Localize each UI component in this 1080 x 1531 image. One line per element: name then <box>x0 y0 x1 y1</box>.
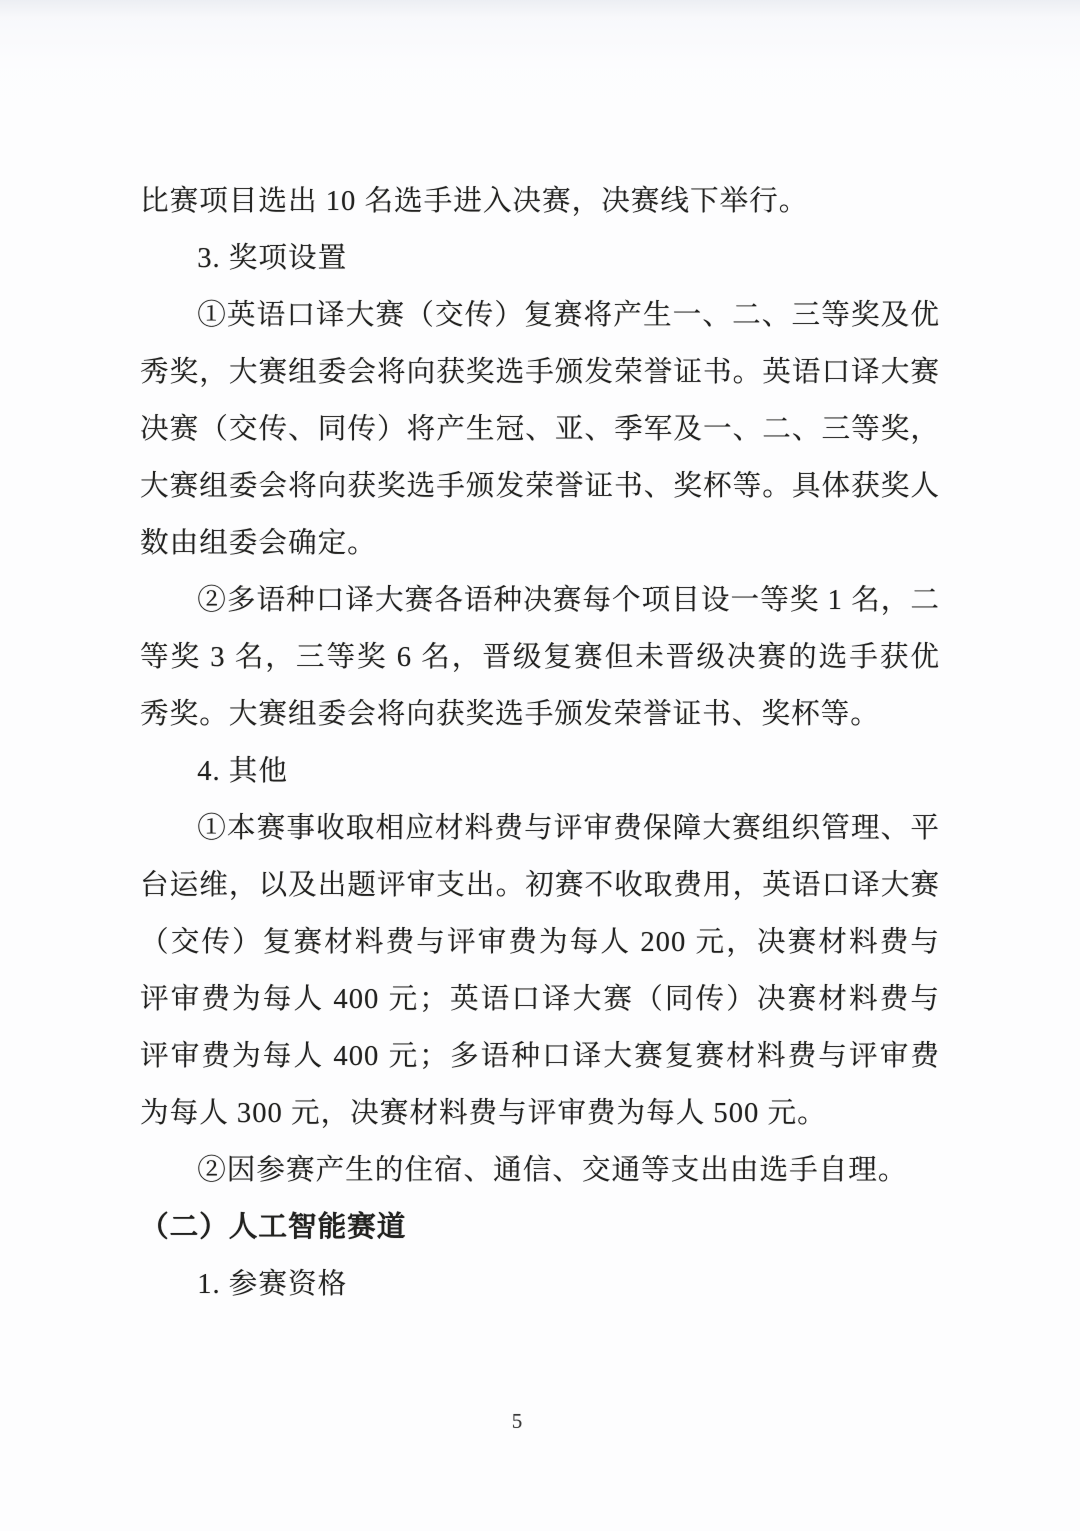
body-paragraph-expenses: ②因参赛产生的住宿、通信、交通等支出由选手自理。 <box>140 1142 940 1199</box>
document-content: 比赛项目选出 10 名选手进入决赛，决赛线下举行。 3. 奖项设置 ①英语口译大… <box>0 0 1080 1313</box>
body-paragraph-awards-english: ①英语口译大赛（交传）复赛将产生一、二、三等奖及优秀奖，大赛组委会将向获奖选手颁… <box>140 287 940 572</box>
numbered-item-other-heading: 4. 其他 <box>140 743 940 800</box>
body-paragraph-continuation: 比赛项目选出 10 名选手进入决赛，决赛线下举行。 <box>140 173 940 230</box>
body-paragraph-awards-multilingual: ②多语种口译大赛各语种决赛每个项目设一等奖 1 名，二等奖 3 名，三等奖 6 … <box>140 572 940 743</box>
section-heading-ai-track: （二）人工智能赛道 <box>140 1199 940 1256</box>
body-paragraph-fees: ①本赛事收取相应材料费与评审费保障大赛组织管理、平台运维，以及出题评审支出。初赛… <box>140 800 940 1142</box>
page-footer: 5 <box>0 1406 1034 1436</box>
page-number: 5 <box>512 1409 523 1433</box>
numbered-item-awards-heading: 3. 奖项设置 <box>140 230 940 287</box>
document-page: 比赛项目选出 10 名选手进入决赛，决赛线下举行。 3. 奖项设置 ①英语口译大… <box>0 0 1080 1531</box>
numbered-item-eligibility-heading: 1. 参赛资格 <box>140 1256 940 1313</box>
